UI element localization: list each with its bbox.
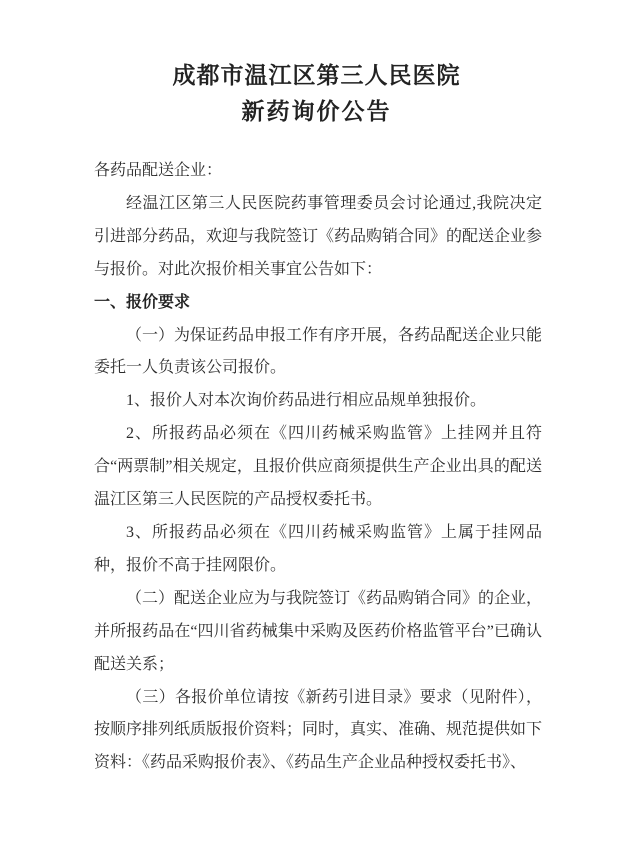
document-title: 成都市温江区第三人民医院 (0, 58, 633, 94)
clause-1-3: （三）各报价单位请按《新药引进目录》要求（见附件），按顺序排列纸质版报价资料；同… (94, 682, 542, 781)
document-page: 成都市温江区第三人民医院 新药询价公告 各药品配送企业： 经温江区第三人民医院药… (0, 0, 633, 863)
intro-paragraph: 经温江区第三人民医院药事管理委员会讨论通过,我院决定引进部分药品，欢迎与我院签订… (94, 188, 542, 287)
clause-1-1: （一）为保证药品申报工作有序开展，各药品配送企业只能委托一人负责该公司报价。 (94, 320, 542, 386)
document-subtitle: 新药询价公告 (0, 94, 633, 130)
clause-1-1-item-1: 1、报价人对本次询价药品进行相应品规单独报价。 (94, 385, 542, 418)
document-body: 各药品配送企业： 经温江区第三人民医院药事管理委员会讨论通过,我院决定引进部分药… (94, 155, 542, 780)
document-title-block: 成都市温江区第三人民医院 新药询价公告 (0, 0, 633, 130)
clause-1-1-item-3: 3、所报药品必须在《四川药械采购监管》上属于挂网品种，报价不高于挂网限价。 (94, 517, 542, 583)
section-heading-quote-requirements: 一、报价要求 (94, 287, 542, 320)
clause-1-1-item-2: 2、所报药品必须在《四川药械采购监管》上挂网并且符合“两票制”相关规定，且报价供… (94, 418, 542, 517)
salutation: 各药品配送企业： (94, 155, 542, 188)
clause-1-2: （二）配送企业应为与我院签订《药品购销合同》的企业，并所报药品在“四川省药械集中… (94, 583, 542, 682)
